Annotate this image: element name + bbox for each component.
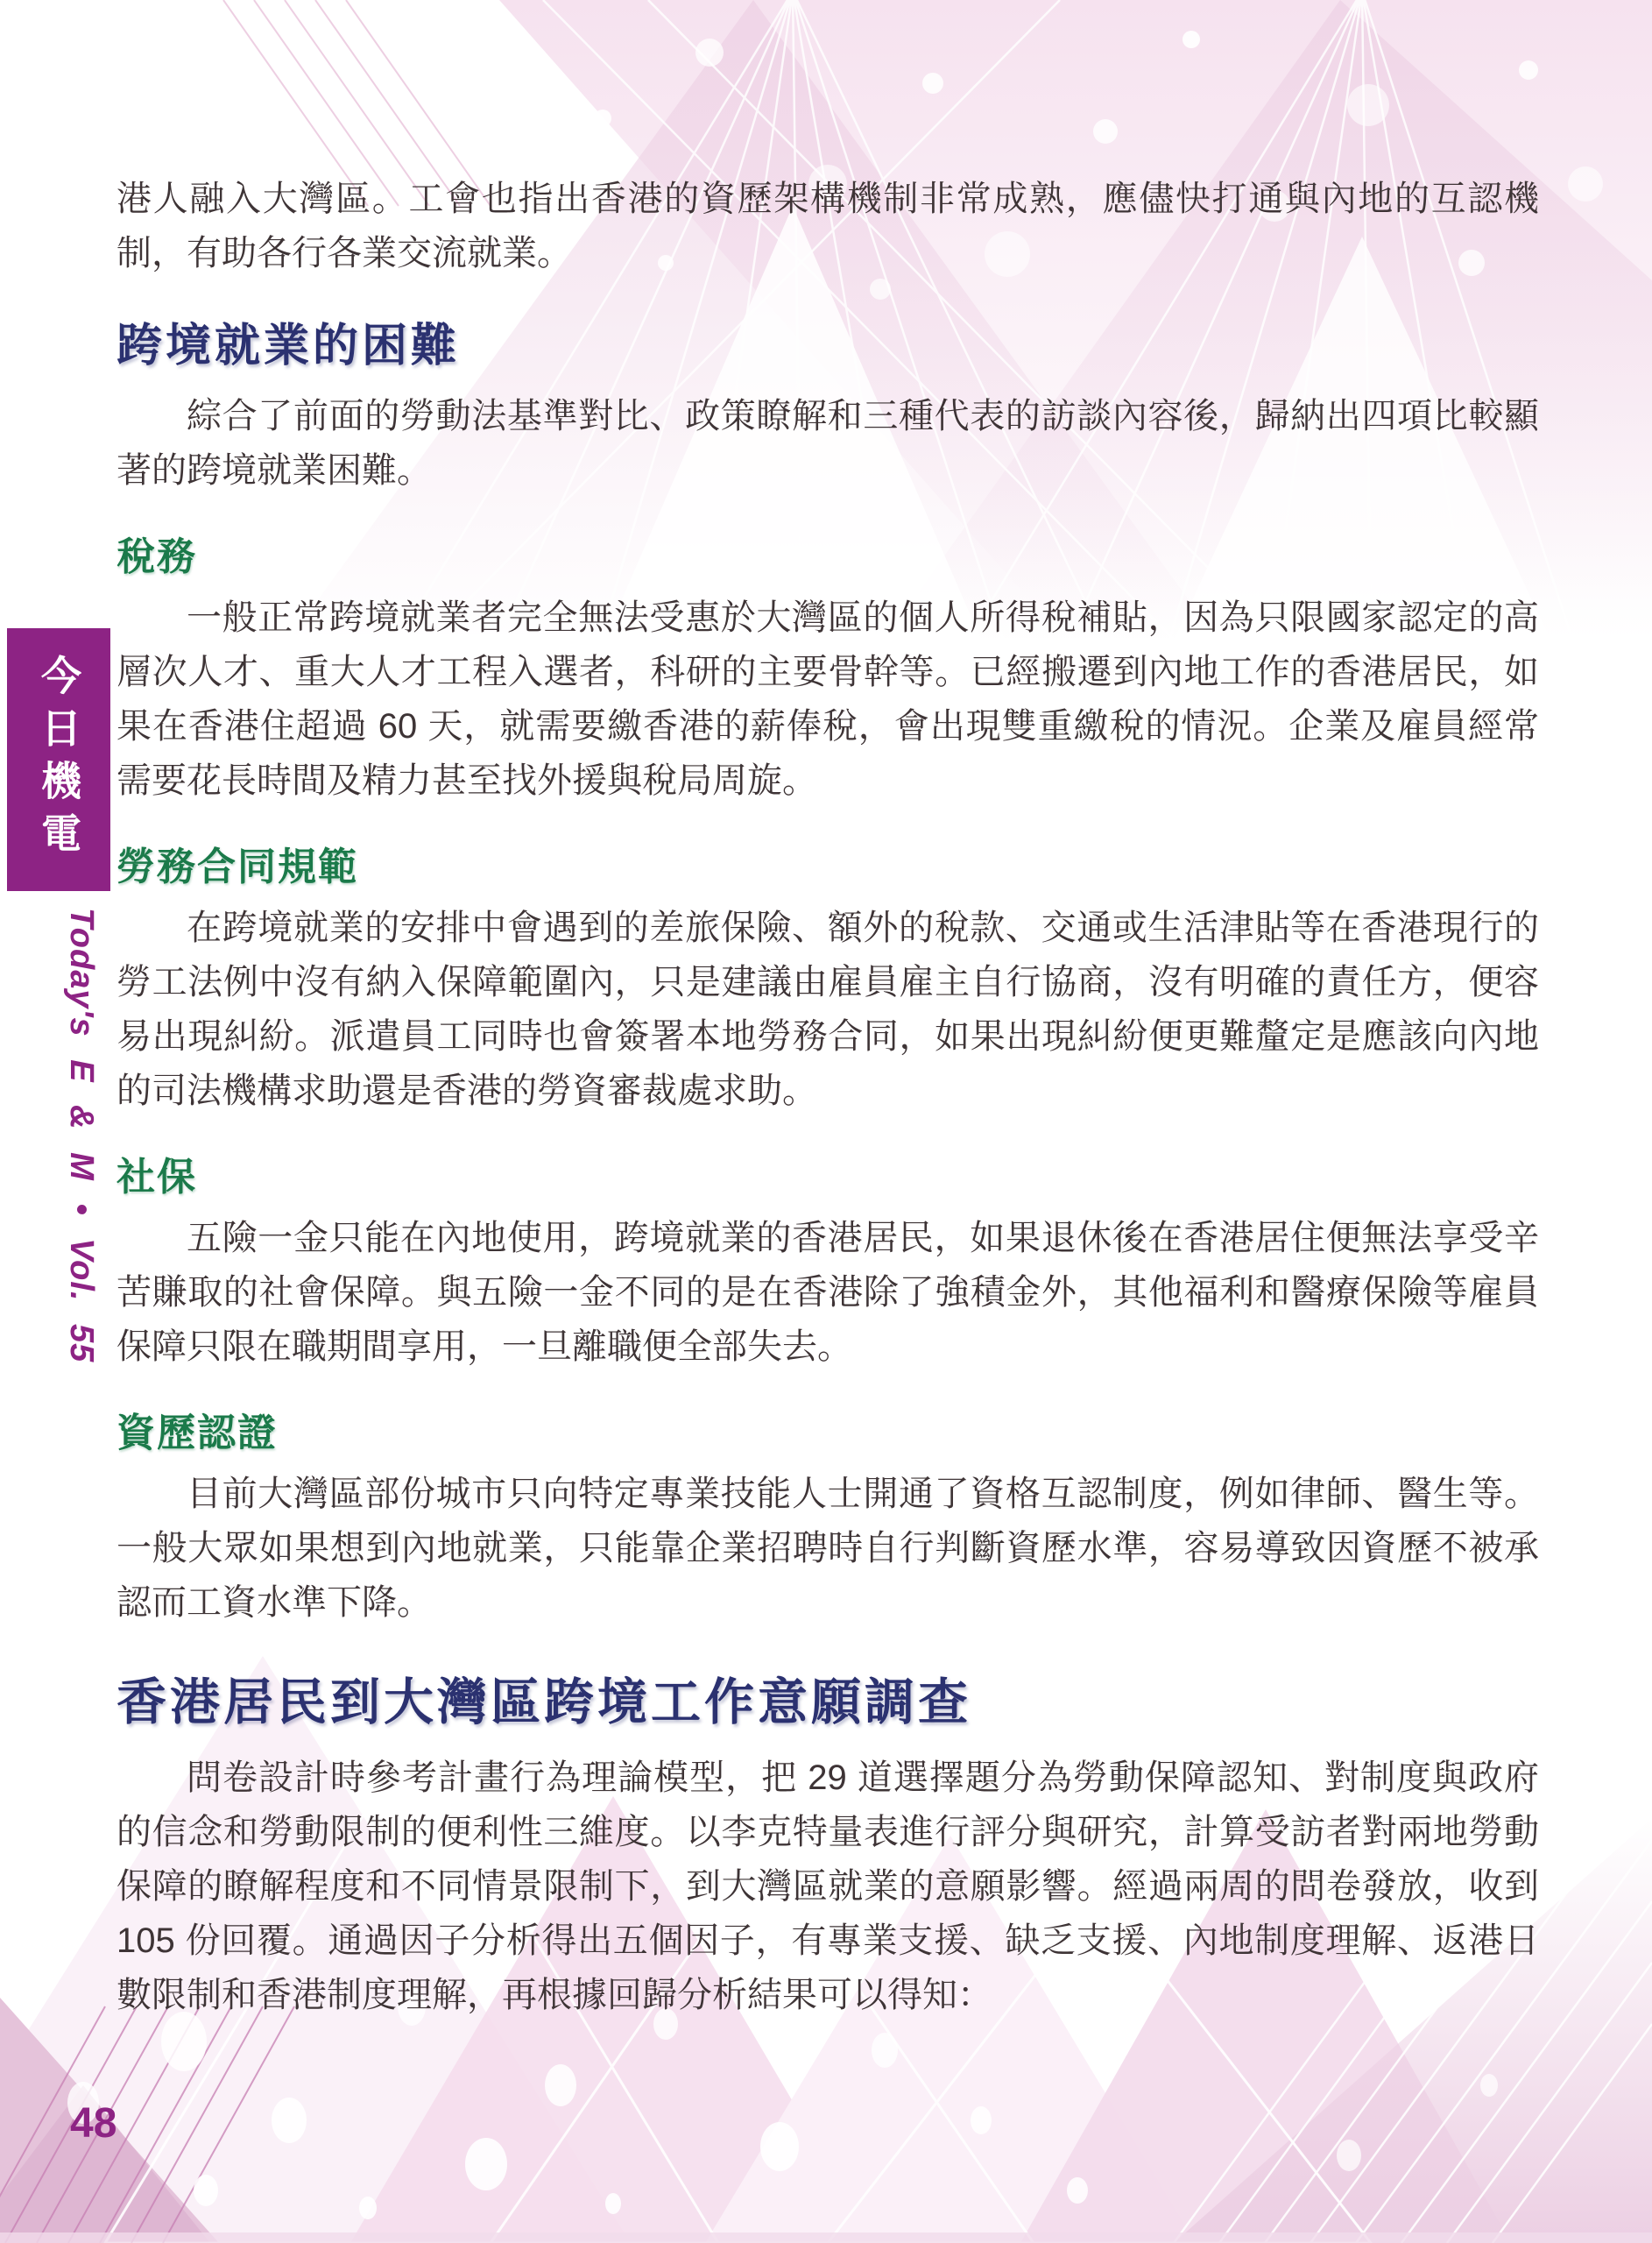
subheading-social-security: 社保 xyxy=(116,1153,1539,1202)
labor-contract-paragraph: 在跨境就業的安排中會遇到的差旅保險、額外的稅款、交通或生活津貼等在香港現行的勞工… xyxy=(116,901,1539,1118)
section-heading-difficulties: 跨境就業的困難 xyxy=(116,319,1539,375)
magazine-title-vertical: 今日機電 xyxy=(39,655,79,865)
qualification-paragraph: 目前大灣區部份城市只向特定專業技能人士開通了資格互認制度，例如律師、醫生等。一般… xyxy=(116,1467,1539,1630)
journal-volume-label: Today's E & M • Vol. 55 xyxy=(61,908,100,1398)
difficulties-paragraph: 綜合了前面的勞動法基準對比、政策瞭解和三種代表的訪談內容後，歸納出四項比較顯著的… xyxy=(116,389,1539,498)
survey-paragraph: 問卷設計時參考計畫行為理論模型，把 29 道選擇題分為勞動保障認知、對制度與政府… xyxy=(116,1751,1539,2022)
intro-paragraph: 港人融入大灣區。工會也指出香港的資歷架構機制非常成熟，應儘快打通與內地的互認機制… xyxy=(116,172,1539,280)
article-column: 港人融入大灣區。工會也指出香港的資歷架構機制非常成熟，應儘快打通與內地的互認機制… xyxy=(116,0,1539,2022)
social-security-paragraph: 五險一金只能在內地使用，跨境就業的香港居民，如果退休後在香港居住便無法享受辛苦賺… xyxy=(116,1211,1539,1374)
section-heading-survey: 香港居民到大灣區跨境工作意願調查 xyxy=(116,1672,1539,1735)
page-number: 48 xyxy=(70,2099,116,2147)
subheading-tax: 稅務 xyxy=(116,533,1539,582)
tax-paragraph: 一般正常跨境就業者完全無法受惠於大灣區的個人所得稅補貼，因為只限國家認定的高層次… xyxy=(116,591,1539,808)
subheading-labor-contract: 勞務合同規範 xyxy=(116,843,1539,892)
magazine-title-block: 今日機電 xyxy=(7,628,110,891)
subheading-qualification: 資歷認證 xyxy=(116,1409,1539,1458)
